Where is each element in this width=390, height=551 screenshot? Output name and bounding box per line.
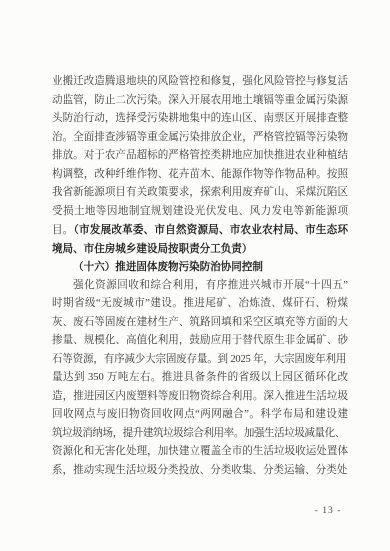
text-segment: 掺量、规模化、高值化利用，鼓励应用于替代原生非金属矿、砂 xyxy=(52,335,348,346)
emphasis-text-segment: （市发展改革委、市自然资源局、市农业农村局、市生态环 xyxy=(74,224,348,236)
text-line: 受损土地等因地制宜规划建设光伏发电、风力发电等新能源项 xyxy=(52,203,348,222)
text-line: 筑垃圾消纳场，提升建筑垃圾综合利用率。加强生活垃圾减量化、 xyxy=(52,425,348,444)
text-line: 头防治行动，选择受污染耕地集中的连山区、南票区开展排查整 xyxy=(52,110,348,129)
text-line: 石等资源，有序减少大宗固废存量。到 2025 年，大宗固废年利用 xyxy=(52,351,348,370)
text-segment: 业搬迁改造腾退地块的风险管控和修复，强化风险管控与修复活 xyxy=(52,76,348,87)
emphasis-text-segment: 境局、市住房城乡建设局按职责分工负责） xyxy=(52,243,252,255)
text-line: 治。全面排查涉镉等重金属污染排放企业，严格管控镉等污染物 xyxy=(52,129,348,148)
text-line: 排放。对于农产品超标的严格管控类耕地应加快推进农业种植结 xyxy=(52,147,348,166)
text-line: 灰、废石等固废在建材生产、筑路回填和采空区填充等方面的大 xyxy=(52,314,348,333)
text-line: 动监管，防止二次污染。深入开展农用地土壤镉等重金属污染源 xyxy=(52,92,348,111)
text-segment: 我省新能源项目有关政策要求，探索利用废弃矿山、采煤沉陷区 xyxy=(52,187,348,198)
text-segment: 受损土地等因地制宜规划建设光伏发电、风力发电等新能源项 xyxy=(52,206,348,217)
text-segment: 强化资源回收和综合利用，有序推进兴城市开展“十四五” xyxy=(73,280,348,291)
text-line: 业搬迁改造腾退地块的风险管控和修复，强化风险管控与修复活 xyxy=(52,73,348,92)
text-segment: 灰、废石等固废在建材生产、筑路回填和采空区填充等方面的大 xyxy=(52,317,348,328)
text-segment: 排放。对于农产品超标的严格管控类耕地应加快推进农业种植结 xyxy=(52,150,348,161)
text-segment: 石等资源，有序减少大宗固废存量。到 2025 年，大宗固废年利用 xyxy=(52,354,346,365)
text-segment: 目。 xyxy=(52,225,74,236)
text-block: 业搬迁改造腾退地块的风险管控和修复，强化风险管控与修复活动监管，防止二次污染。深… xyxy=(52,73,348,480)
text-line: 资源化和无害化处理，加快建立覆盖全市的生活垃圾收运处置体 xyxy=(52,443,348,462)
text-line: 时期省级“无废城市”建设。推进尾矿、冶炼渣、煤矸石、粉煤 xyxy=(52,295,348,314)
text-segment: 资源化和无害化处理，加快建立覆盖全市的生活垃圾收运处置体 xyxy=(52,446,348,457)
page-number: - 13 - xyxy=(303,506,353,516)
text-segment: 动监管，防止二次污染。深入开展农用地土壤镉等重金属污染源 xyxy=(52,95,348,106)
text-line: 境局、市住房城乡建设局按职责分工负责） xyxy=(52,240,348,259)
text-segment: 量达到 350 万吨左右。推进具备条件的省级以上园区循环化改 xyxy=(52,372,348,383)
document-page: 业搬迁改造腾退地块的风险管控和修复，强化风险管控与修复活动监管，防止二次污染。深… xyxy=(0,0,390,551)
text-segment: 筑垃圾消纳场，提升建筑垃圾综合利用率。加强生活垃圾减量化、 xyxy=(52,428,345,439)
text-segment: 头防治行动，选择受污染耕地集中的连山区、南票区开展排查整 xyxy=(52,113,348,124)
text-line: 回收网点与废旧物资回收网点“两网融合”。科学布局和建设建 xyxy=(52,406,348,425)
text-line: 我省新能源项目有关政策要求，探索利用废弃矿山、采煤沉陷区 xyxy=(52,184,348,203)
text-segment: 回收网点与废旧物资回收网点“两网融合”。科学布局和建设建 xyxy=(52,409,348,420)
text-segment: 构调整，改种纤维作物、花卉苗木、能源作物等作物品种。按照 xyxy=(52,169,348,180)
text-line: 目。（市发展改革委、市自然资源局、市农业农村局、市生态环 xyxy=(52,221,348,240)
text-line: 掺量、规模化、高值化利用，鼓励应用于替代原生非金属矿、砂 xyxy=(52,332,348,351)
emphasis-text-segment: （十六）推进固体废物污染防治协同控制 xyxy=(73,261,263,273)
text-line: 造，推进园区内废塑料等废旧物资综合利用。深入推进生活垃圾 xyxy=(52,388,348,407)
text-segment: 时期省级“无废城市”建设。推进尾矿、冶炼渣、煤矸石、粉煤 xyxy=(52,298,348,309)
text-line: 量达到 350 万吨左右。推进具备条件的省级以上园区循环化改 xyxy=(52,369,348,388)
text-line: 构调整，改种纤维作物、花卉苗木、能源作物等作物品种。按照 xyxy=(52,166,348,185)
text-line: 系，推动实现生活垃圾分类投放、分类收集、分类运输、分类处 xyxy=(52,462,348,481)
text-line: 强化资源回收和综合利用，有序推进兴城市开展“十四五” xyxy=(52,277,348,296)
text-segment: 系，推动实现生活垃圾分类投放、分类收集、分类运输、分类处 xyxy=(52,465,347,476)
text-line: （十六）推进固体废物污染防治协同控制 xyxy=(52,258,348,277)
text-segment: 治。全面排查涉镉等重金属污染排放企业，严格管控镉等污染物 xyxy=(52,132,348,143)
text-segment: 造，推进园区内废塑料等废旧物资综合利用。深入推进生活垃圾 xyxy=(52,391,348,402)
